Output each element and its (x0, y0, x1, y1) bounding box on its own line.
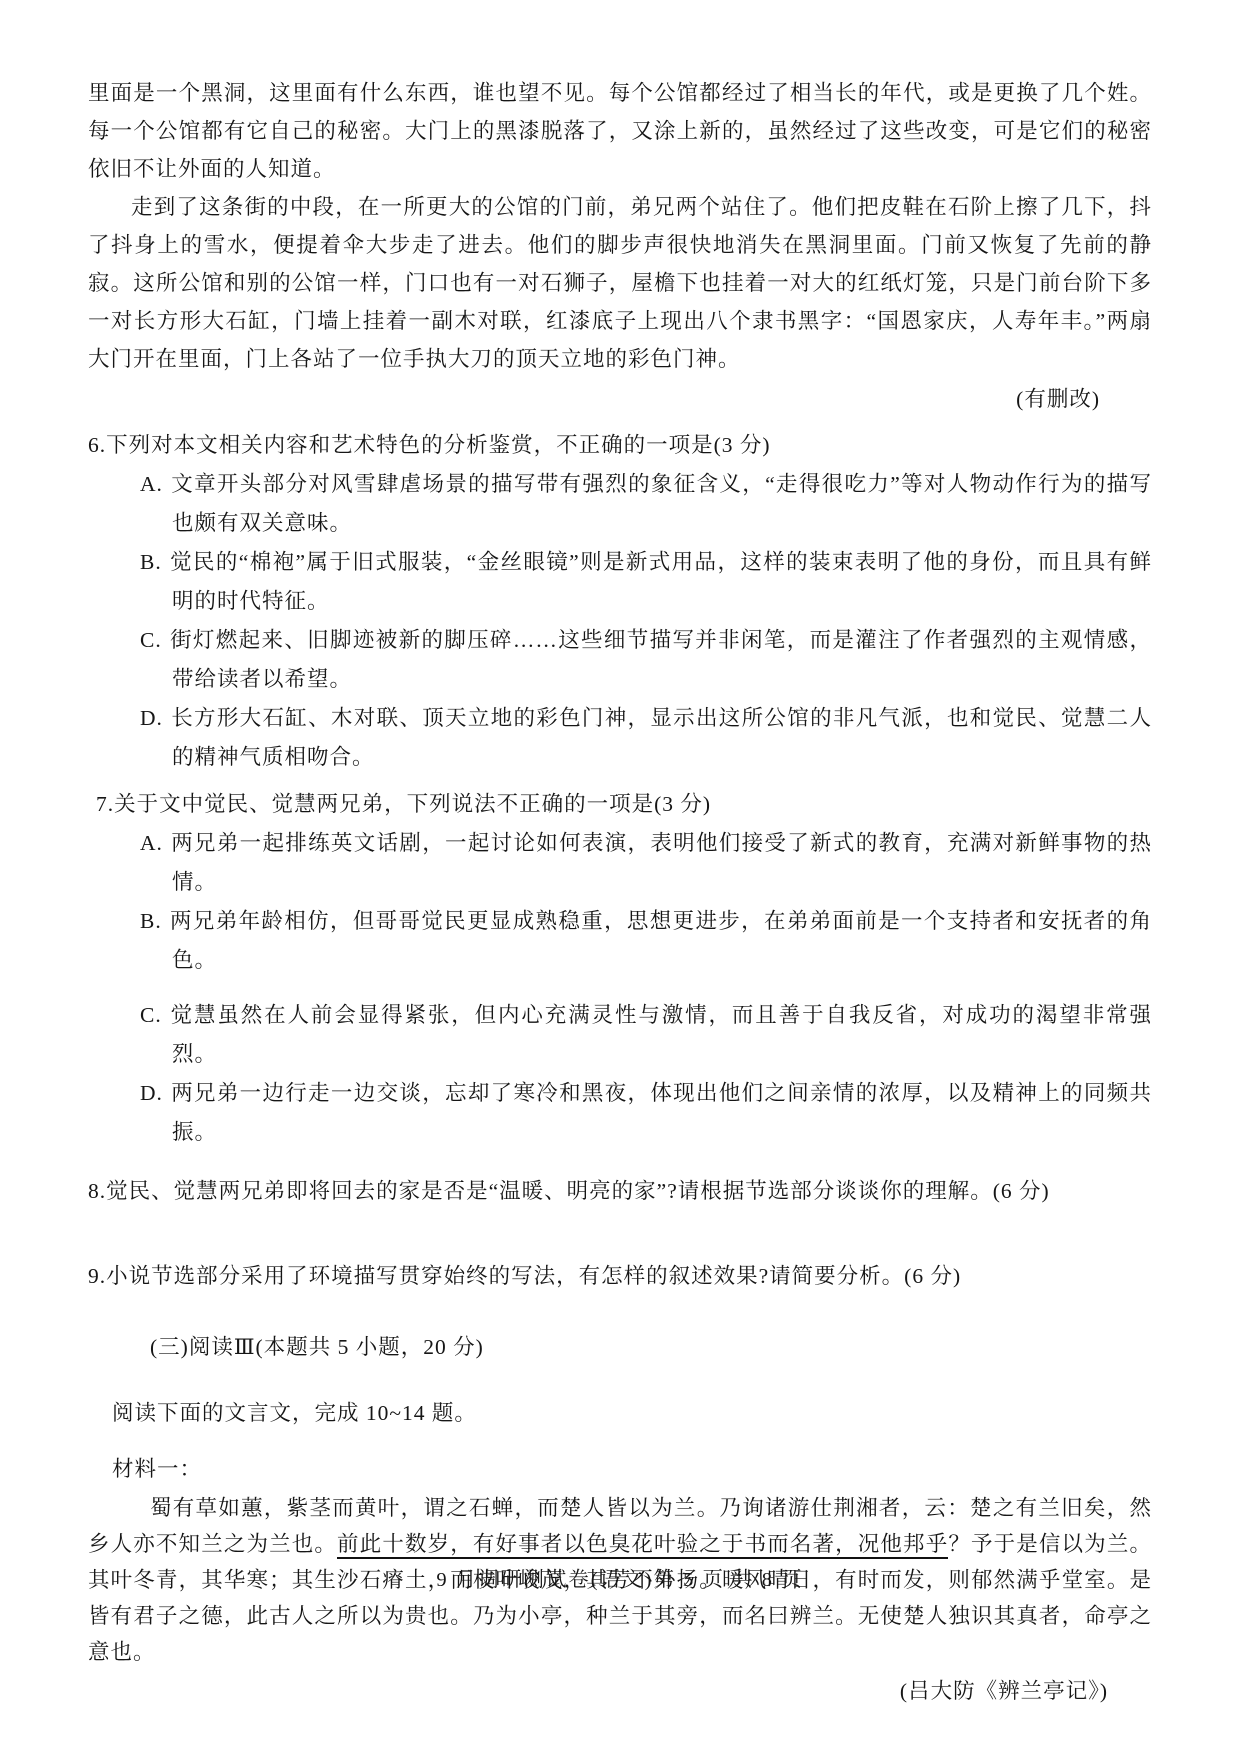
option-text: 两兄弟年龄相仿，但哥哥觉民更显成熟稳重，思想更进步，在弟弟面前是一个支持者和安抚… (170, 909, 1152, 972)
novel-paragraph-2: 走到了这条街的中段，在一所更大的公馆的门前，弟兄两个站住了。他们把皮鞋在石阶上擦… (88, 188, 1152, 378)
option-label: D. (140, 1081, 163, 1105)
section-3-heading: (三)阅读Ⅲ(本题共 5 小题，20 分) (88, 1328, 1152, 1366)
option-text: 街灯燃起来、旧脚迹被新的脚压碎……这些细节描写并非闲笔，而是灌注了作者强烈的主观… (170, 628, 1152, 691)
question-6-stem: 6.下列对本文相关内容和艺术特色的分析鉴赏，不正确的一项是(3 分) (88, 426, 1152, 465)
question-6-option-c: C.街灯燃起来、旧脚迹被新的脚压碎……这些细节描写并非闲笔，而是灌注了作者强烈的… (88, 621, 1152, 699)
edit-note: (有删改) (88, 380, 1152, 418)
option-text: 文章开头部分对风雪肆虐场景的描写带有强烈的象征含义，“走得很吃力”等对人物动作行… (171, 472, 1152, 535)
reading-instruction: 阅读下面的文言文，完成 10~14 题。 (88, 1394, 1152, 1432)
question-7-option-a: A.两兄弟一起排练英文话剧，一起讨论如何表演，表明他们接受了新式的教育，充满对新… (88, 824, 1152, 902)
question-9: 9.小说节选部分采用了环境描写贯穿始终的写法，有怎样的叙述效果?请简要分析。(6… (88, 1257, 1152, 1296)
source-attribution: (吕大防《辨兰亭记》) (88, 1672, 1152, 1710)
option-label: C. (140, 1003, 162, 1027)
option-label: A. (140, 831, 163, 855)
question-6-option-d: D.长方形大石缸、木对联、顶天立地的彩色门神，显示出这所公馆的非凡气派，也和觉民… (88, 699, 1152, 777)
option-text: 两兄弟一边行走一边交谈，忘却了寒冷和黑夜，体现出他们之间亲情的浓厚，以及精神上的… (171, 1081, 1152, 1144)
material-1-label: 材料一： (88, 1450, 1152, 1488)
option-text: 觉慧虽然在人前会显得紧张，但内心充满灵性与激情，而且善于自我反省，对成功的渴望非… (170, 1003, 1152, 1066)
option-text: 长方形大石缸、木对联、顶天立地的彩色门神，显示出这所公馆的非凡气派，也和觉民、觉… (171, 706, 1152, 769)
question-7-option-c: C.觉慧虽然在人前会显得紧张，但内心充满灵性与激情，而且善于自我反省，对成功的渴… (88, 996, 1152, 1074)
option-label: C. (140, 628, 162, 652)
question-6-option-a: A.文章开头部分对风雪肆虐场景的描写带有强烈的象征含义，“走得很吃力”等对人物动… (88, 465, 1152, 543)
underlined-clause: 前此十数岁，有好事者以色臭花叶验之于书而名著，况他邦乎 (337, 1532, 948, 1559)
question-7-option-b: B.两兄弟年龄相仿，但哥哥觉民更显成熟稳重，思想更进步，在弟弟面前是一个支持者和… (88, 902, 1152, 980)
option-label: D. (140, 706, 163, 730)
option-text: 觉民的“棉袍”属于旧式服装，“金丝眼镜”则是新式用品，这样的装束表明了他的身份，… (170, 550, 1152, 613)
question-7-option-d: D.两兄弟一边行走一边交谈，忘却了寒冷和黑夜，体现出他们之间亲情的浓厚，以及精神… (88, 1074, 1152, 1152)
option-text: 两兄弟一起排练英文话剧，一起讨论如何表演，表明他们接受了新式的教育，充满对新鲜事… (171, 831, 1152, 894)
exam-paper-page: 里面是一个黑洞，这里面有什么东西，谁也望不见。每个公馆都经过了相当长的年代，或是… (0, 0, 1240, 1753)
novel-paragraph-1: 里面是一个黑洞，这里面有什么东西，谁也望不见。每个公馆都经过了相当长的年代，或是… (88, 74, 1152, 188)
option-label: A. (140, 472, 163, 496)
question-8: 8.觉民、觉慧两兄弟即将回去的家是否是“温暖、明亮的家”?请根据节选部分谈谈你的… (88, 1172, 1152, 1211)
option-label: B. (140, 909, 162, 933)
question-7-stem: 7.关于文中觉民、觉慧两兄弟，下列说法不正确的一项是(3 分) (96, 785, 1152, 824)
question-6-option-b: B.觉民的“棉袍”属于旧式服装，“金丝眼镜”则是新式用品，这样的装束表明了他的身… (88, 543, 1152, 621)
option-label: B. (140, 550, 162, 574)
page-footer: 9 月调研测试卷(语文)第 5 页 共 8 页 (0, 1562, 1240, 1592)
